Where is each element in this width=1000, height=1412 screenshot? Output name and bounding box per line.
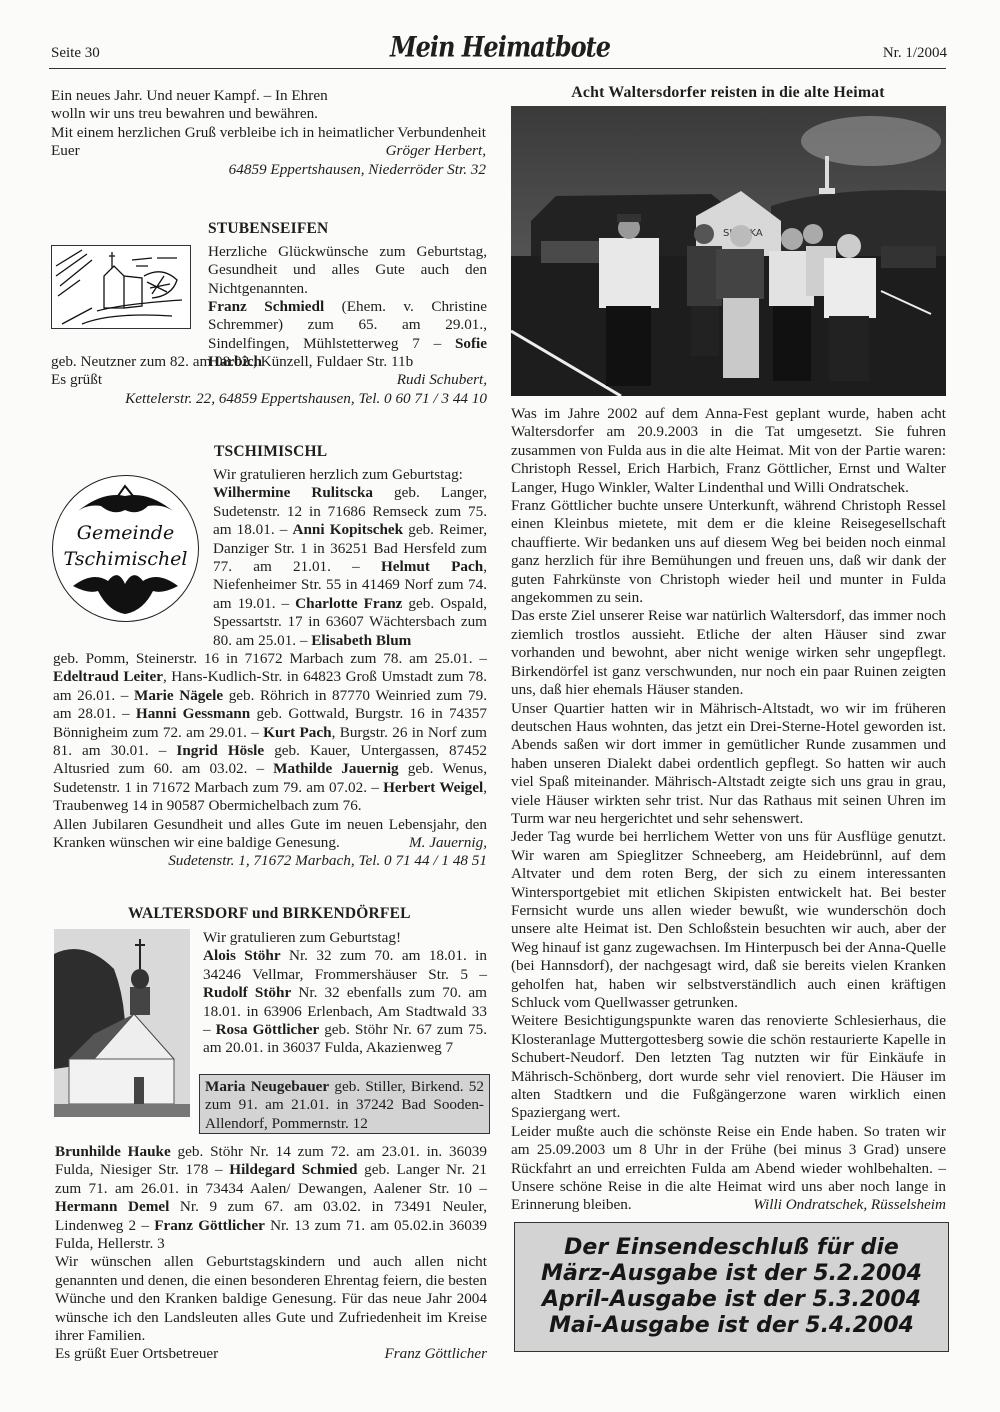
- congrats-text: Herzliche Glückwünsche zum Geburtstag, G…: [208, 243, 487, 298]
- person-name: Charlotte Franz: [295, 595, 402, 612]
- signature: Gröger Herbert,: [51, 142, 486, 160]
- article-paragraph: Franz Göttlicher buchte unsere Unterkunf…: [511, 497, 946, 607]
- tschimischl-seal: Gemeinde Tschimischel: [52, 475, 199, 622]
- person-name: Kurt Pach: [263, 724, 331, 741]
- header-rule: [49, 68, 946, 69]
- person-name: Franz Schmiedl: [208, 298, 324, 315]
- person-name: Anni Kopitschek: [293, 521, 404, 538]
- signature: Franz Göttlicher: [384, 1345, 487, 1363]
- intro-section: Ein neues Jahr. Und neuer Kampf. – In Eh…: [51, 87, 486, 179]
- congrats-text: Wir gratulieren herzlich zum Geburtstag:: [213, 466, 487, 484]
- person-name: Franz Göttlicher: [154, 1217, 265, 1234]
- person-name: Elisabeth Blum: [311, 632, 411, 649]
- person-name: Mathilde Jauernig: [273, 760, 399, 777]
- seal-text-line1: Gemeinde: [53, 522, 198, 544]
- section-title-stubenseifen: STUBENSEIFEN: [208, 220, 328, 238]
- highlighted-entry-box: Maria Neugebauer geb. Stiller, Birkend. …: [199, 1074, 490, 1134]
- entry-text: geb. Pomm, Steinerstr. 16 in 71672 Marba…: [53, 650, 487, 667]
- article-paragraph: Was im Jahre 2002 auf dem Anna-Fest gepl…: [511, 405, 946, 497]
- person-name: Hermann Demel: [55, 1198, 169, 1215]
- address: 64859 Eppertshausen, Niederröder Str. 32: [51, 161, 486, 179]
- article-paragraph: Das erste Ziel unserer Reise war natürli…: [511, 607, 946, 699]
- masthead-logo: Mein Heimatbote: [0, 30, 1000, 63]
- closing-text: Wir wünschen allen Geburtstagskindern un…: [55, 1253, 487, 1345]
- congrats-text: Wir gratulieren zum Geburtstag!: [203, 929, 487, 947]
- submission-deadline-box: Der Einsendeschluß für die März-Ausgabe …: [514, 1222, 949, 1352]
- article-title: Acht Waltersdorfer reisten in die alte H…: [510, 84, 946, 102]
- section-title-tschimischl: TSCHIMISCHL: [214, 443, 327, 461]
- deadline-line: Der Einsendeschluß für die: [515, 1235, 948, 1261]
- person-name: Hildegard Schmied: [229, 1161, 357, 1178]
- person-name: Hanni Gessmann: [136, 705, 250, 722]
- group-photo-icon: SLANKA: [511, 106, 946, 396]
- tschimischl-entries-b: geb. Pomm, Steinerstr. 16 in 71672 Marba…: [53, 650, 487, 871]
- deadline-line: März-Ausgabe ist der 5.2.2004: [515, 1261, 948, 1287]
- article-paragraph: Unser Quartier hatten wir in Mährisch-Al…: [511, 700, 946, 829]
- stubenseifen-intro: Herzliche Glückwünsche zum Geburtstag, G…: [208, 243, 487, 298]
- person-name: Helmut Pach: [381, 558, 483, 575]
- person-name: Brunhilde Hauke: [55, 1143, 171, 1160]
- article-paragraph: Weitere Besichtigungspunkte waren das re…: [511, 1012, 946, 1122]
- church-sketch-image: [51, 245, 191, 329]
- chapel-photo-icon: [54, 929, 190, 1117]
- tschimischl-entries-a: Wir gratulieren herzlich zum Geburtstag:…: [213, 466, 487, 650]
- issue-number: Nr. 1/2004: [883, 45, 947, 62]
- deadline-line: April-Ausgabe ist der 5.3.2004: [515, 1287, 948, 1313]
- church-sketch-icon: [52, 246, 189, 327]
- person-name: Rudolf Stöhr: [203, 984, 291, 1001]
- chapel-photo: [54, 929, 190, 1117]
- person-name: Alois Stöhr: [203, 947, 281, 964]
- person-name: Rosa Göttlicher: [216, 1021, 320, 1038]
- waltersdorf-entries-a: Wir gratulieren zum Geburtstag! Alois St…: [203, 929, 487, 1058]
- seal-text-line2: Tschimischel: [53, 548, 198, 570]
- entry-text: geb. Neutzner zum 82. am 08.02., Künzell…: [51, 353, 413, 370]
- address: Kettelerstr. 22, 64859 Eppertshausen, Te…: [51, 390, 487, 408]
- stubenseifen-entry-2: geb. Neutzner zum 82. am 08.02., Künzell…: [51, 353, 487, 408]
- poem-line: wolln wir uns treu bewahren und bewähren…: [51, 105, 486, 123]
- poem-line: Ein neues Jahr. Und neuer Kampf. – In Eh…: [51, 87, 486, 105]
- section-title-waltersdorf: WALTERSDORF und BIRKENDÖRFEL: [128, 905, 411, 923]
- person-name: Ingrid Hösle: [176, 742, 264, 759]
- group-photo: SLANKA: [511, 106, 946, 396]
- greeting-text: Es grüßt Euer Ortsbetreuer: [55, 1345, 218, 1362]
- waltersdorf-entries-b: Brunhilde Hauke geb. Stöhr Nr. 14 zum 72…: [55, 1143, 487, 1364]
- greeting-text: Es grüßt: [51, 371, 102, 388]
- article-body: Was im Jahre 2002 auf dem Anna-Fest gepl…: [511, 405, 946, 1215]
- person-name: Edeltraud Leiter: [53, 668, 163, 685]
- article-paragraph: Jeder Tag wurde bei herrlichem Wetter vo…: [511, 828, 946, 1012]
- person-name: Maria Neugebauer: [205, 1078, 329, 1095]
- person-name: Wilhermine Rulitscka: [213, 484, 373, 501]
- person-name: Herbert Weigel: [383, 779, 483, 796]
- address: Sudetenstr. 1, 71672 Marbach, Tel. 0 71 …: [53, 852, 487, 870]
- signature: Rudi Schubert,: [397, 371, 487, 389]
- person-name: Marie Nägele: [134, 687, 223, 704]
- deadline-line: Mai-Ausgabe ist der 5.4.2004: [515, 1313, 948, 1339]
